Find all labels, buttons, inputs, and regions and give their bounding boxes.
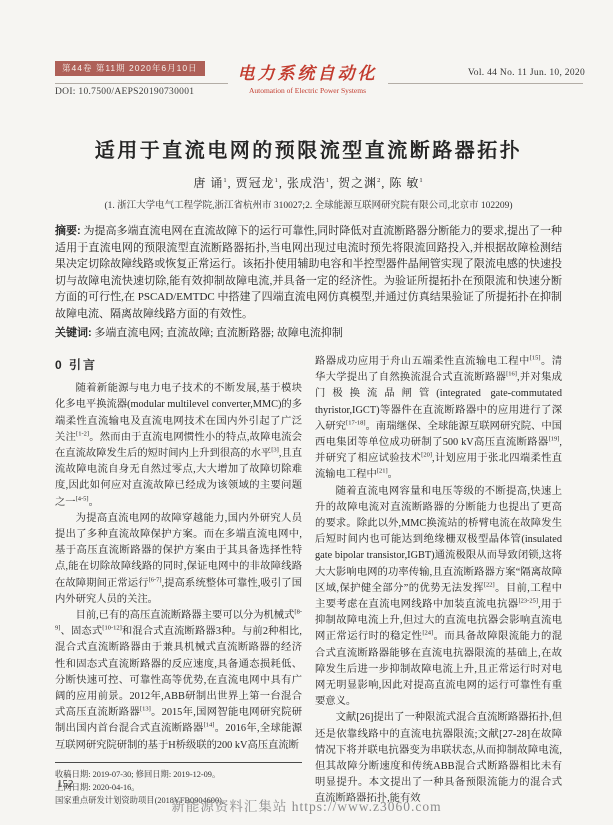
two-column-body: 0 引言 随着新能源与电力电子技术的不断发展,基于模块化多电平换流器(modul…: [55, 354, 562, 808]
page-number: 152: [57, 778, 74, 790]
paragraph: 目前,已有的高压直流断路器主要可以分为机械式[8-9]、固态式[10-12]和混…: [55, 608, 302, 754]
left-column: 0 引言 随着新能源与电力电子技术的不断发展,基于模块化多电平换流器(modul…: [55, 354, 302, 808]
paragraph: 为提高直流电网的故障穿越能力,国内外研究人员提出了多种直流故障保护方案。而在多端…: [55, 511, 302, 608]
keywords-label: 关键词:: [55, 327, 92, 339]
footnote-online-date: 上网日期: 2020-04-16。: [55, 781, 302, 794]
abstract-label: 摘要:: [55, 225, 81, 237]
authors-line: 唐 诵1, 贾冠龙1, 张成浩1, 贺之渊2, 陈 敏1: [55, 174, 562, 191]
abstract-text: 为提高多端直流电网在直流故障下的运行可靠性,同时降低对直流断路器分断能力的要求,…: [55, 225, 562, 320]
paragraph: 路器成功应用于舟山五端柔性直流输电工程中[15]。清华大学提出了自然换流混合式直…: [315, 354, 562, 484]
watermark-text: 新能源资料汇集站 https://www.z3060.com: [0, 795, 613, 815]
keywords-block: 关键词: 多端直流电网; 直流故障; 直流断路器; 故障电流抑制: [55, 325, 562, 341]
doi-text: DOI: 10.7500/AEPS20190730001: [55, 87, 194, 97]
article-content: 适用于直流电网的预限流型直流断路器拓扑 唐 诵1, 贾冠龙1, 张成浩1, 贺之…: [55, 138, 562, 808]
paragraph: 文献[26]提出了一种限流式混合直流断路器拓扑,但还是依靠线路中的直流电抗器限流…: [315, 710, 562, 807]
footnote-received-dates: 收稿日期: 2019-07-30; 修回日期: 2019-12-09。: [55, 768, 302, 781]
journal-masthead: 电力系统自动化 Automation of Electric Power Sys…: [228, 59, 388, 95]
issue-box: 第44卷 第11期 2020年6月10日: [55, 61, 205, 76]
abstract-block: 摘要: 为提高多端直流电网在直流故障下的运行可靠性,同时降低对直流断路器分断能力…: [55, 223, 562, 322]
paragraph: 随着直流电网容量和电压等级的不断提高,快速上升的故障电流对直流断路器的分断能力也…: [315, 484, 562, 711]
journal-title-english: Automation of Electric Power Systems: [238, 86, 378, 95]
article-title: 适用于直流电网的预限流型直流断路器拓扑: [55, 138, 562, 164]
volume-info: Vol. 44 No. 11 Jun. 10, 2020: [468, 68, 585, 78]
page-header: 第44卷 第11期 2020年6月10日 DOI: 10.7500/AEPS20…: [30, 58, 585, 108]
paragraph: 随着新能源与电力电子技术的不断发展,基于模块化多电平换流器(modular mu…: [55, 381, 302, 511]
keywords-text: 多端直流电网; 直流故障; 直流断路器; 故障电流抑制: [94, 327, 342, 339]
journal-title-chinese: 电力系统自动化: [238, 59, 378, 84]
journal-page: 第44卷 第11期 2020年6月10日 DOI: 10.7500/AEPS20…: [0, 0, 613, 825]
affiliation-line: (1. 浙江大学电气工程学院,浙江省杭州市 310027;2. 全球能源互联网研…: [55, 197, 562, 211]
right-column: 路器成功应用于舟山五端柔性直流输电工程中[15]。清华大学提出了自然换流混合式直…: [315, 354, 562, 808]
section-heading-introduction: 0 引言: [55, 357, 302, 373]
